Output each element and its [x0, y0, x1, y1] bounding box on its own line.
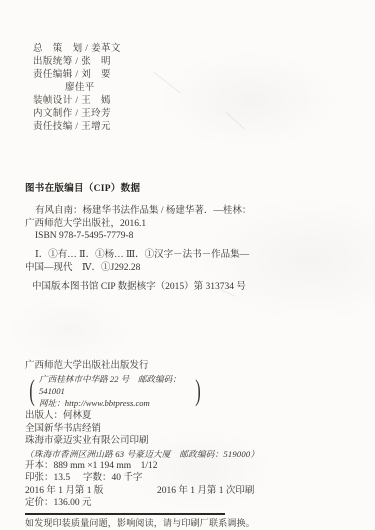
print-sheets: 印张：13.5 — [25, 472, 83, 484]
close-paren: ) — [195, 378, 201, 404]
cip-heading: 图书在版编目（CIP）数据 — [25, 183, 355, 196]
publisher-address-group: ( 广西桂林市中华路 22 号 邮政编码：541001 网址：http://ww… — [27, 373, 360, 409]
price-line: 定价：136.00 元 — [25, 497, 360, 509]
open-paren: ( — [29, 378, 35, 404]
cip-block: 图书在版编目（CIP）数据 有风自南：杨建华书法作品集 / 杨建华著．—桂林： … — [25, 183, 355, 294]
publisher-website: 网址：http://www.bbtpress.com — [39, 397, 191, 409]
sheets-wordcount-line: 印张：13.5 字数：40 千字 — [25, 472, 360, 484]
credit-responsible-editor-2: 廖佳平 — [65, 82, 121, 95]
credit-cover-designer: 装帧设计 / 王 嫣 — [33, 95, 121, 108]
cip-publisher-line: 广西师范大学出版社，2016.1 — [25, 218, 355, 231]
credit-responsible-editor: 责任编辑 / 刘 要 — [33, 69, 121, 82]
cip-classification-1: Ⅰ．①有… Ⅱ．①杨… Ⅲ．①汉字－法书－作品集— — [25, 249, 355, 262]
divider-rule — [25, 513, 225, 515]
cip-isbn: ISBN 978-7-5495-7779-8 — [25, 230, 355, 243]
edition-printing-line: 2016 年 1 月第 1 版 2016 年 1 月第 1 次印刷 — [25, 485, 360, 497]
publisher-person: 出版人：何林夏 — [25, 410, 360, 422]
distribution-line: 全国新华书店经销 — [25, 423, 360, 435]
scan-artifact — [153, 72, 180, 94]
staff-credits: 总 策 划 / 姜革文 出版统筹 / 张 明 责任编辑 / 刘 要 廖佳平 装帧… — [33, 43, 121, 134]
cip-classification-2: 中国—现代 Ⅳ．①J292.28 — [25, 262, 355, 275]
format-line: 开本：889 mm ×1 194 mm 1/12 — [25, 460, 360, 472]
credit-chief-planner: 总 策 划 / 姜革文 — [33, 43, 121, 56]
edition-info: 2016 年 1 月第 1 版 — [25, 485, 157, 497]
publisher-address-line1: 广西桂林市中华路 22 号 邮政编码：541001 — [39, 373, 191, 397]
credit-layout-maker: 内文制作 / 王玲芳 — [33, 108, 121, 121]
quality-note: 如发现印装质量问题，影响阅读，请与印刷厂联系调换。 — [25, 517, 360, 529]
publisher-imprint: 广西师范大学出版社出版发行 — [25, 360, 360, 372]
printer-line: 珠海市豪迈实业有限公司印刷 — [25, 435, 360, 447]
cip-record-number: 中国版本图书馆 CIP 数据核字（2015）第 313734 号 — [25, 281, 355, 294]
scan-artifact — [225, 111, 245, 129]
copyright-page: 总 策 划 / 姜革文 出版统筹 / 张 明 责任编辑 / 刘 要 廖佳平 装帧… — [0, 0, 375, 530]
printer-address: （珠海市香洲区洲山路 63 号豪迈大厦 邮政编码：519000） — [25, 448, 360, 460]
cip-title-line: 有风自南：杨建华书法作品集 / 杨建华著．—桂林： — [25, 205, 355, 218]
credit-publishing-coordinator: 出版统筹 / 张 明 — [33, 56, 121, 69]
word-count: 字数：40 千字 — [83, 472, 142, 484]
credit-technical-editor: 责任技编 / 王增元 — [33, 121, 121, 134]
printing-info: 2016 年 1 月第 1 次印刷 — [157, 485, 254, 497]
colophon-block: 广西师范大学出版社出版发行 ( 广西桂林市中华路 22 号 邮政编码：54100… — [25, 360, 360, 529]
publisher-address: 广西桂林市中华路 22 号 邮政编码：541001 网址：http://www.… — [37, 373, 193, 409]
